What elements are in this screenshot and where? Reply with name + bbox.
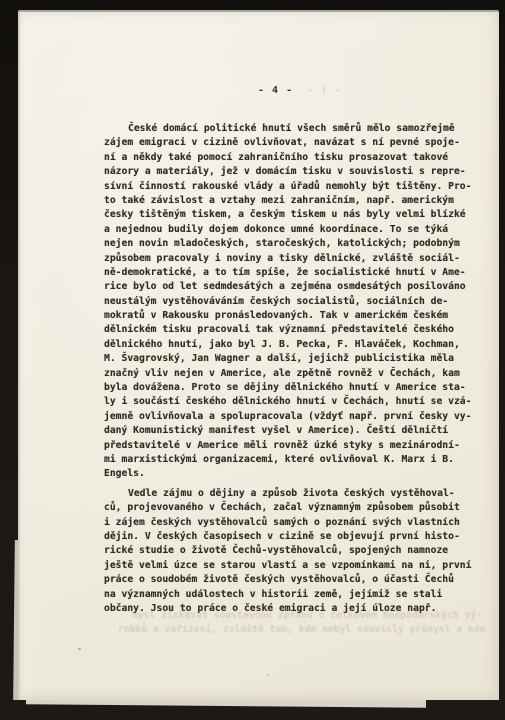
text-line: byla dovážena. Proto se dějiny dělnickéh…	[104, 381, 480, 395]
text-line: Vedle zájmu o dějiny a způsob života čes…	[104, 487, 480, 501]
page-number: - 4 -	[258, 85, 293, 96]
text-line: představitelé v Americe měli rovněž úzké…	[104, 439, 480, 453]
text-line: zájem emigraci v cizině ovlivňovat, navá…	[104, 136, 480, 150]
text-line: mi marxistickými organizacemi, které ovl…	[104, 453, 480, 467]
paper-speck	[78, 648, 81, 650]
paper-speck	[267, 674, 269, 676]
text-line: práce o soudobém životě českých vystěhov…	[104, 573, 480, 587]
text-line: jemně ovlivňovala a spolupracovala (vždy…	[104, 410, 480, 424]
text-line: i zájem českých vystěhovalců samých o po…	[104, 516, 480, 530]
paragraph-1: České domácí politické hnutí všech směrů…	[104, 122, 480, 482]
text-line: Engels.	[104, 467, 480, 481]
paragraph-2: Vedle zájmu o dějiny a způsob života čes…	[104, 487, 480, 617]
text-line: České domácí politické hnutí všech směrů…	[104, 122, 480, 136]
scanned-page-background: - 4 - - ( - České domácí politické hnutí…	[0, 0, 505, 720]
text-line: daný Komunistický manifest vyšel v Ameri…	[104, 424, 480, 438]
text-line: ještě velmi úzce se starou vlastí a se v…	[104, 559, 480, 573]
text-line: ní a někdy také pomocí zahraničního tisk…	[104, 151, 480, 165]
text-line: nejen novin mladočeských, staročeských, …	[104, 237, 480, 251]
text-line: česky tištěným tiskem, a českým tiskem u…	[104, 208, 480, 222]
text-line: M. Švagrovský, Jan Wagner a další, jejic…	[104, 352, 480, 366]
text-line: dělnického hnutí, jako byl J. B. Pecka, …	[104, 338, 480, 352]
typed-body-text: České domácí politické hnutí všech směrů…	[104, 122, 480, 616]
page-header: - 4 - - ( -	[258, 85, 342, 96]
text-line: ců, projevovaného v Čechách, začal význa…	[104, 501, 480, 515]
text-line: dějin. V českých časopisech v cizině se …	[104, 530, 480, 544]
text-line: mokratů v Rakousku pronásledovaných. Tak…	[104, 309, 480, 323]
text-line: a nejednou budily dojem dokonce umné koo…	[104, 223, 480, 237]
text-line: ly i součástí českého dělnického hnutí v…	[104, 395, 480, 409]
text-line: názory a materiály, jež v domácím tisku …	[104, 165, 480, 179]
text-line: to také závislost a vztahy mezi zahranič…	[104, 194, 480, 208]
document-page: - 4 - - ( - České domácí politické hnutí…	[18, 10, 499, 700]
bleedthrough-line: mysl získávat soustavnou zprávu o celkov…	[118, 608, 488, 622]
bleedthrough-line: robků a zařízení, zvláště tam, kde nebyl…	[118, 622, 488, 636]
text-line: značný vliv nejen v Americe, ale zpětně …	[104, 367, 480, 381]
text-line: způsobem pracovaly i noviny a tisky děln…	[104, 252, 480, 266]
bleedthrough-text: mysl získávat soustavnou zprávu o celkov…	[118, 608, 488, 637]
text-line: rické studie o životě Čechů-vystěhovalců…	[104, 544, 480, 558]
text-line: rice bylo od let sedmdesátých a zejména …	[104, 280, 480, 294]
page-number-bleedthrough: - ( -	[307, 85, 342, 96]
text-line: sívní činností rakouské vlády a úřadů ne…	[104, 180, 480, 194]
text-line: dělnickém tisku pracovali tak významní p…	[104, 323, 480, 337]
text-line: ně-demokratické, a to tím spíše, že soci…	[104, 266, 480, 280]
text-line: neustálým vystěhováváním českých sociali…	[104, 295, 480, 309]
text-line: na významných událostech v historii země…	[104, 588, 480, 602]
